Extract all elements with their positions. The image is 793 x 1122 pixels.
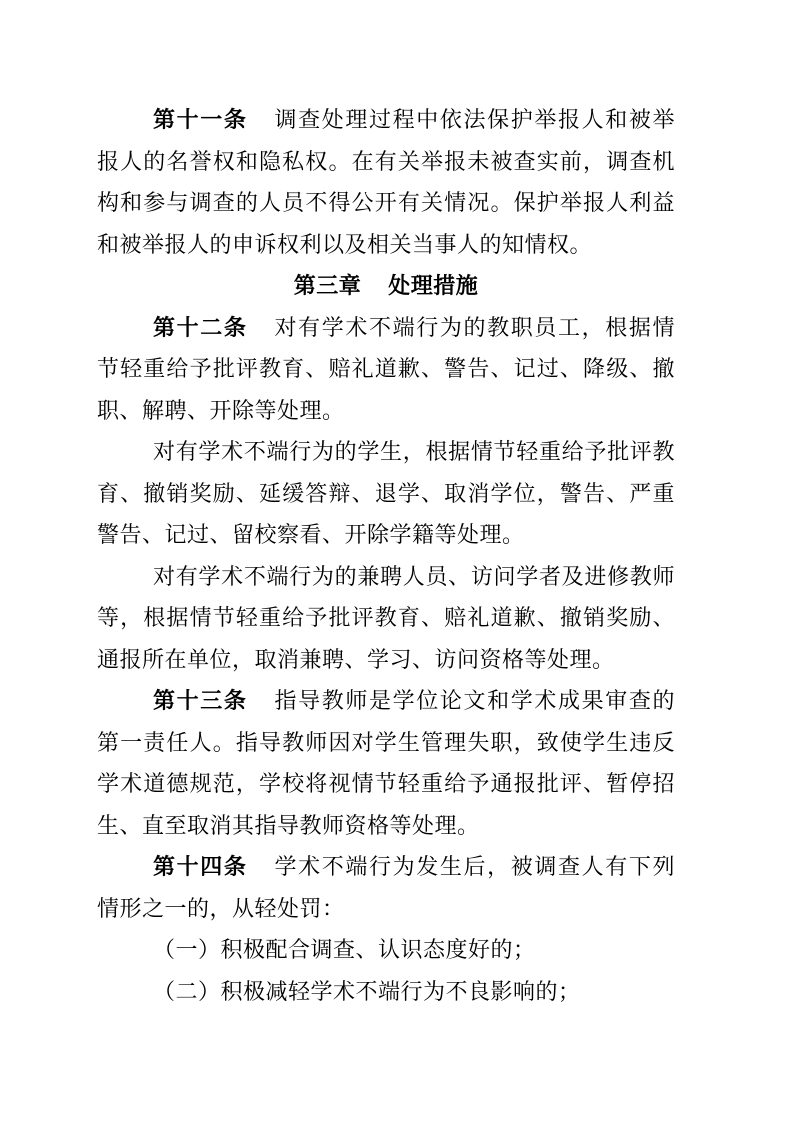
article-12-students-text: 对有学术不端行为的学生，根据情节轻重给予批评教育、撤销奖励、延缓答辩、退学、取消… bbox=[97, 439, 675, 547]
chapter-3-heading: 第三章处理措施 bbox=[97, 265, 675, 307]
list-item-1: （一）积极配合调查、认识态度好的； bbox=[97, 929, 675, 971]
article-14-number: 第十四条 bbox=[153, 854, 248, 879]
article-13-number: 第十三条 bbox=[153, 688, 248, 713]
article-12-number: 第十二条 bbox=[153, 315, 248, 340]
article-11-paragraph: 第十一条调查处理过程中依法保护举报人和被举报人的名誉权和隐私权。在有关举报未被查… bbox=[97, 99, 675, 265]
article-11-number: 第十一条 bbox=[153, 107, 248, 132]
article-12-students-paragraph: 对有学术不端行为的学生，根据情节轻重给予批评教育、撤销奖励、延缓答辩、退学、取消… bbox=[97, 431, 675, 556]
chapter-3-number: 第三章 bbox=[294, 265, 362, 307]
list-item-2: （二）积极减轻学术不端行为不良影响的； bbox=[97, 971, 675, 1013]
list-item-1-text: （一）积极配合调查、认识态度好的； bbox=[153, 937, 536, 962]
article-13-paragraph: 第十三条指导教师是学位论文和学术成果审查的第一责任人。指导教师因对学生管理失职，… bbox=[97, 680, 675, 846]
article-12-adjunct-paragraph: 对有学术不端行为的兼聘人员、访问学者及进修教师等，根据情节轻重给予批评教育、赔礼… bbox=[97, 556, 675, 681]
document-page: 第十一条调查处理过程中依法保护举报人和被举报人的名誉权和隐私权。在有关举报未被查… bbox=[0, 0, 793, 1122]
list-item-2-text: （二）积极减轻学术不端行为不良影响的； bbox=[153, 979, 581, 1004]
chapter-3-title: 处理措施 bbox=[388, 273, 478, 298]
document-body: 第十一条调查处理过程中依法保护举报人和被举报人的名誉权和隐私权。在有关举报未被查… bbox=[97, 99, 675, 1012]
article-12-paragraph: 第十二条对有学术不端行为的教职员工，根据情节轻重给予批评教育、赔礼道歉、警告、记… bbox=[97, 307, 675, 432]
article-12-adjunct-text: 对有学术不端行为的兼聘人员、访问学者及进修教师等，根据情节轻重给予批评教育、赔礼… bbox=[97, 564, 675, 672]
article-14-paragraph: 第十四条学术不端行为发生后，被调查人有下列情形之一的，从轻处罚： bbox=[97, 846, 675, 929]
